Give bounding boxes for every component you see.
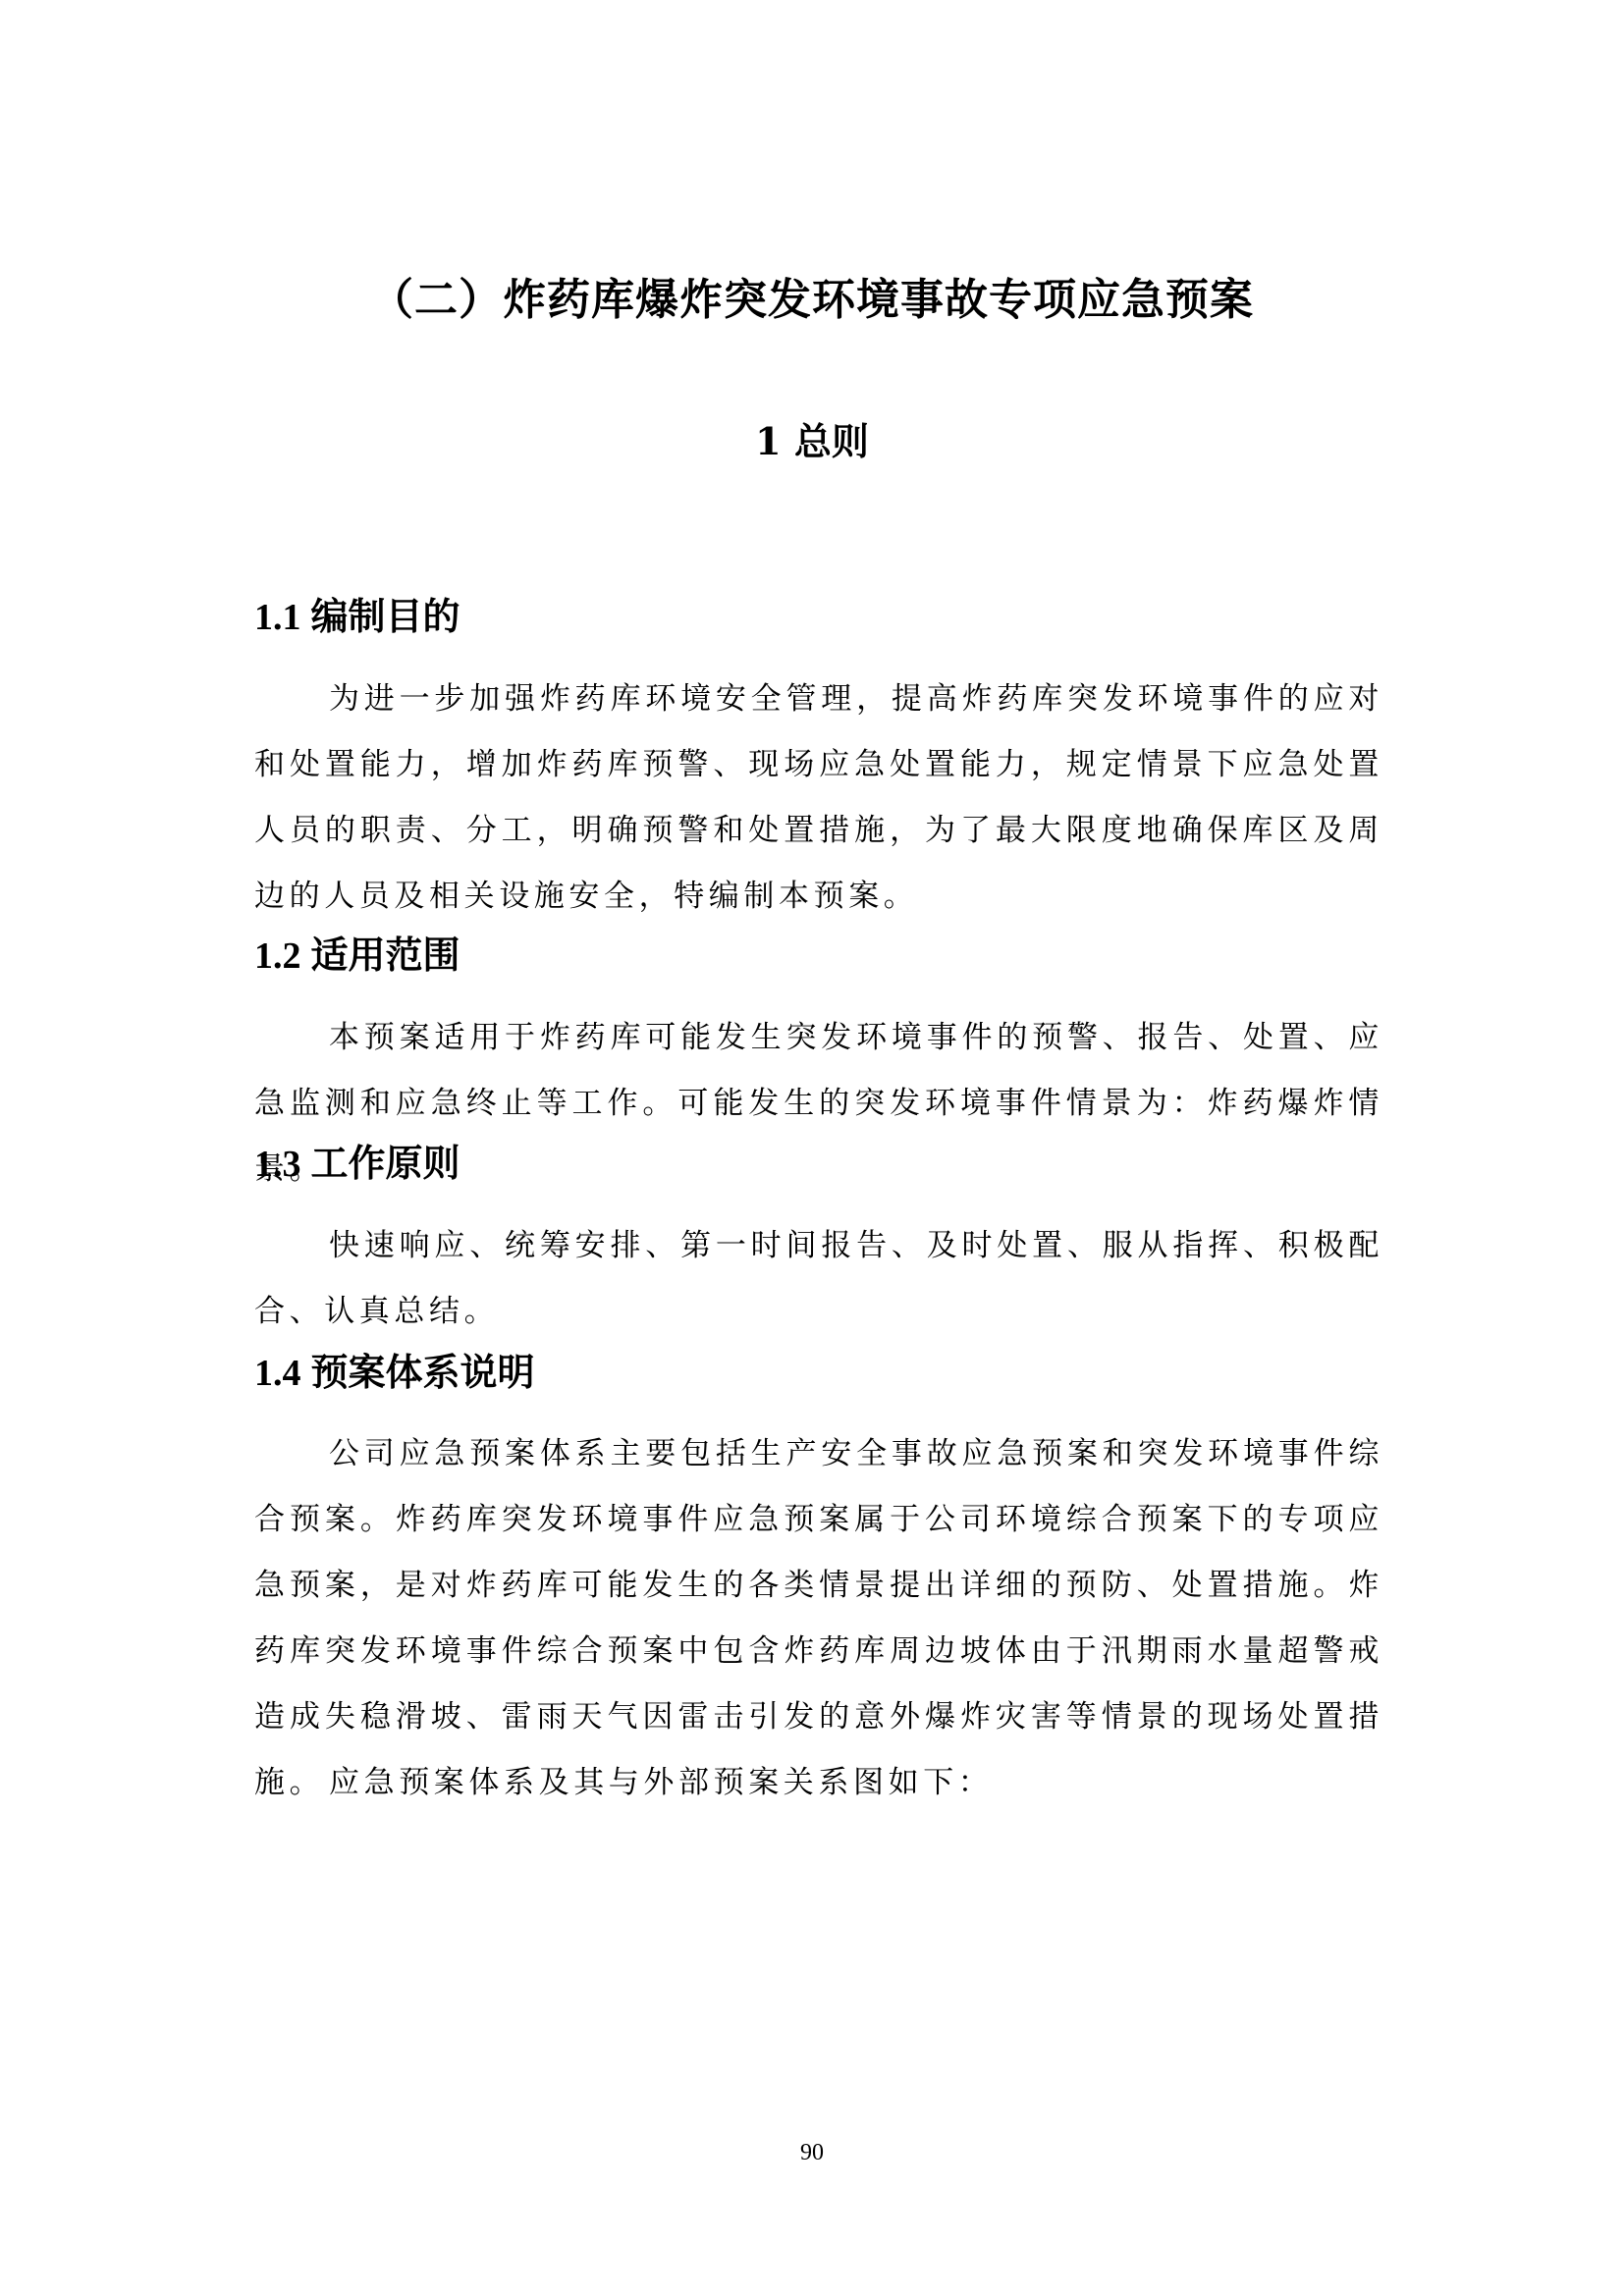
paragraph-principles: 快速响应、统筹安排、第一时间报告、及时处置、服从指挥、积极配合、认真总结。	[254, 1213, 1383, 1345]
section-heading-1-2: 1.2适用范围	[254, 931, 460, 982]
paragraph-purpose: 为进一步加强炸药库环境安全管理，提高炸药库突发环境事件的应对和处置能力，增加炸药…	[254, 667, 1383, 930]
section-heading-1-3: 1.3工作原则	[254, 1139, 460, 1190]
paragraph-diagram-intro: 应急预案体系及其与外部预案关系图如下：	[254, 1750, 1383, 1816]
section-number: 1.3	[254, 1144, 301, 1185]
section-number: 1.2	[254, 935, 301, 977]
section-heading-1-1: 1.1编制目的	[254, 592, 460, 643]
section-heading-1-4: 1.4预案体系说明	[254, 1348, 535, 1399]
section-number: 1.1	[254, 597, 301, 638]
section-title: 预案体系说明	[311, 1353, 535, 1394]
page-number: 90	[0, 2140, 1624, 2166]
chapter-heading: 1 总则	[0, 416, 1624, 467]
document-title: （二）炸药库爆炸突发环境事故专项应急预案	[0, 271, 1624, 330]
section-number: 1.4	[254, 1353, 301, 1394]
section-title: 工作原则	[311, 1144, 460, 1185]
section-title: 适用范围	[311, 935, 460, 977]
section-title: 编制目的	[311, 597, 460, 638]
